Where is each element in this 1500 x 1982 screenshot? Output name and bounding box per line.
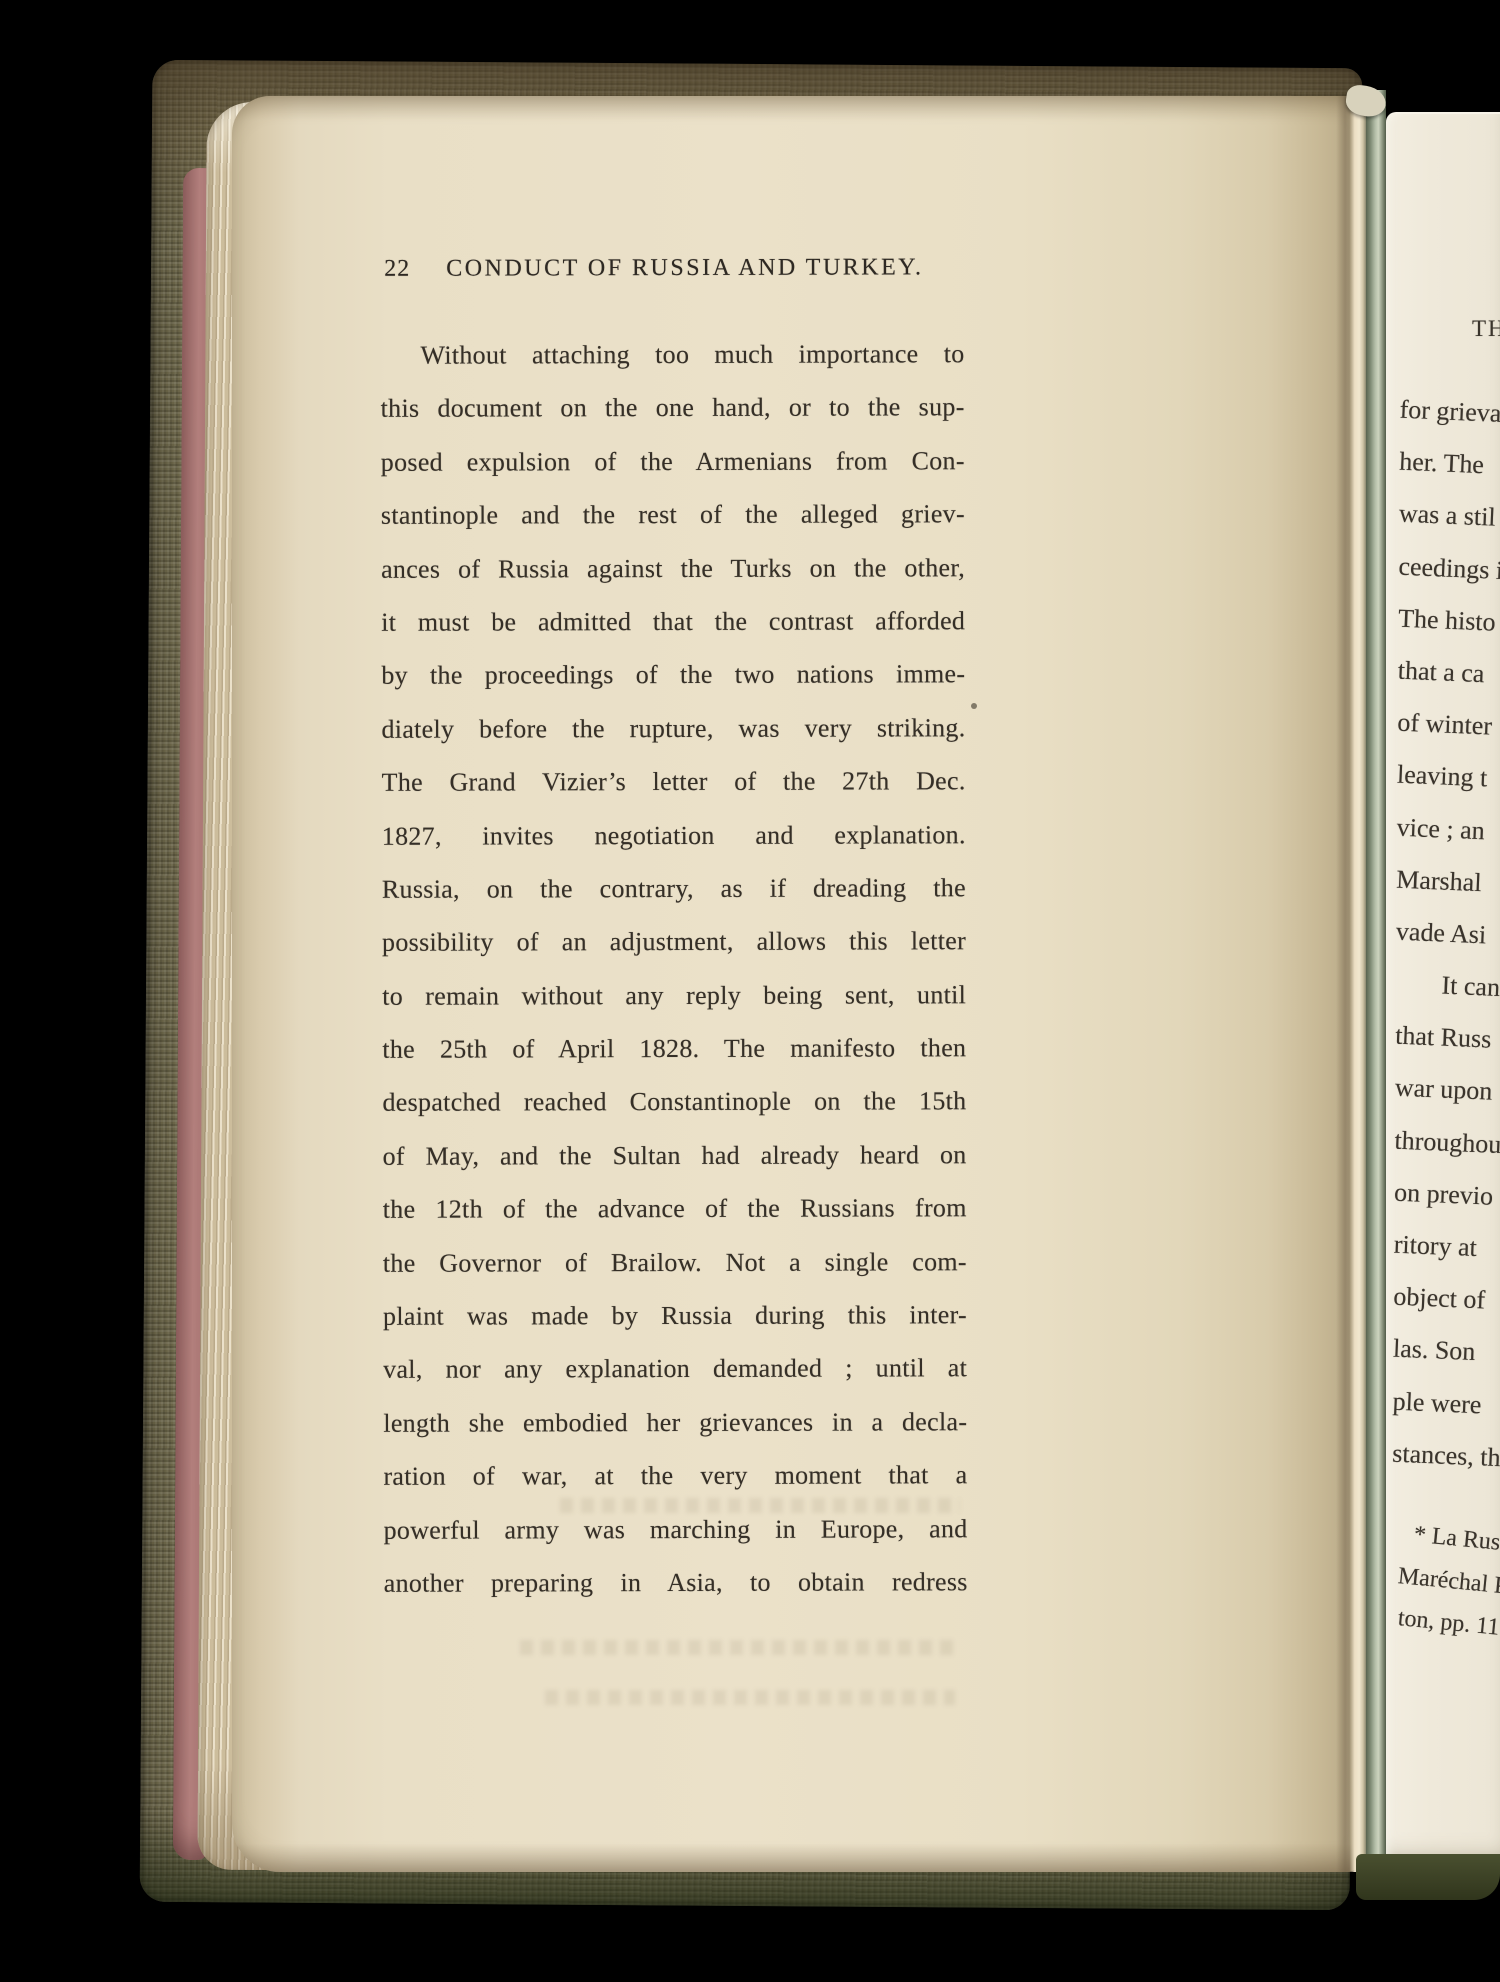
right-page-line-fragment: throughou: [1393, 1114, 1500, 1171]
right-page-line-fragment: on previo: [1393, 1166, 1500, 1223]
body-line: the 12th of the advance of the Russians …: [383, 1181, 967, 1236]
body-line: this document on the one hand, or to the…: [381, 381, 965, 436]
right-bottom-cover-edge: [1356, 1854, 1500, 1900]
body-line: ances of Russia against the Turks on the…: [381, 541, 965, 596]
body-line: The Grand Vizier’s letter of the 27th De…: [382, 754, 966, 809]
body-line: val, nor any explanation demanded ; unti…: [383, 1342, 967, 1397]
running-head: 22 CONDUCT OF RUSSIA AND TURKEY.: [384, 249, 964, 287]
right-page-line-fragment: for grieva: [1399, 384, 1500, 441]
page-number: 22: [384, 251, 410, 287]
right-page-footnote: * La RussMaréchal Paston, pp. 117,: [1398, 1512, 1500, 1640]
right-page-line-fragment: her. The: [1398, 436, 1500, 493]
body-line: to remain without any reply being sent, …: [382, 968, 966, 1023]
right-page-line-fragment: Marshal: [1395, 853, 1500, 910]
body-line: ration of war, at the very moment that a: [383, 1448, 967, 1503]
ink-speck: [971, 703, 977, 709]
right-page-line-fragment: The histo: [1397, 592, 1500, 649]
right-page-line-fragment: ple were: [1392, 1375, 1500, 1432]
body-line: stantinople and the rest of the alleged …: [381, 487, 965, 542]
right-page-line-fragment: ceedings i: [1397, 540, 1500, 597]
right-page-line-fragment: vice ; an: [1396, 801, 1500, 858]
body-line: another preparing in Asia, to obtain red…: [384, 1555, 968, 1610]
body-line: by the proceedings of the two nations im…: [381, 648, 965, 703]
right-page-text-fragments: for grievaher. Thewas a stilceedings iTh…: [1392, 384, 1500, 1481]
right-page-running-title-fragment: TH: [1472, 316, 1500, 342]
body-line: posed expulsion of the Armenians from Co…: [381, 434, 965, 489]
body-line: length she embodied her grievances in a …: [383, 1395, 967, 1450]
right-page-line-fragment: stances, th: [1391, 1427, 1500, 1484]
gutter-fold: [1336, 96, 1366, 1872]
book-photo-scene: 22 CONDUCT OF RUSSIA AND TURKEY. Without…: [0, 0, 1500, 1982]
right-page-line-fragment: of winter: [1396, 697, 1500, 754]
left-page-text-block: 22 CONDUCT OF RUSSIA AND TURKEY. Without…: [380, 249, 968, 1610]
body-line: plaint was made by Russia during this in…: [383, 1288, 967, 1343]
right-page-line-fragment: war upon: [1394, 1062, 1500, 1119]
right-page-line-fragment: vade Asi: [1395, 906, 1500, 963]
body-paragraph: Without attaching too much importance to…: [380, 327, 967, 1610]
right-page-line-fragment: that Russ: [1394, 1010, 1500, 1067]
right-page-line-fragment: ritory at: [1393, 1219, 1500, 1276]
body-line: possibility of an adjustment, allows thi…: [382, 915, 966, 970]
body-line: it must be admitted that the contrast af…: [381, 594, 965, 649]
right-page-line-fragment: that a ca: [1397, 645, 1500, 702]
right-page-line-fragment: leaving t: [1396, 749, 1500, 806]
right-page-line-fragment: was a stil: [1398, 488, 1500, 545]
running-title: CONDUCT OF RUSSIA AND TURKEY.: [446, 249, 923, 286]
body-line: 1827, invites negotiation and explanatio…: [382, 808, 966, 863]
right-page-line-fragment: It can: [1395, 958, 1500, 1015]
body-line: diately before the rupture, was very str…: [381, 701, 965, 756]
bleed-through-text-smudge: [545, 1690, 955, 1705]
body-line: Without attaching too much importance to: [380, 327, 964, 382]
spine-cloth-strip: [1366, 90, 1386, 1872]
right-page-line-fragment: las. Son: [1392, 1323, 1500, 1380]
body-line: the Governor of Brailow. Not a single co…: [383, 1235, 967, 1290]
body-line: despatched reached Constantinople on the…: [382, 1075, 966, 1130]
right-page-line-fragment: object of: [1392, 1271, 1500, 1328]
body-line: powerful army was marching in Europe, an…: [384, 1502, 968, 1557]
body-line: Russia, on the contrary, as if dreading …: [382, 861, 966, 916]
body-line: the 25th of April 1828. The manifesto th…: [382, 1021, 966, 1076]
bleed-through-text-smudge: [520, 1640, 960, 1655]
body-line: of May, and the Sultan had already heard…: [383, 1128, 967, 1183]
